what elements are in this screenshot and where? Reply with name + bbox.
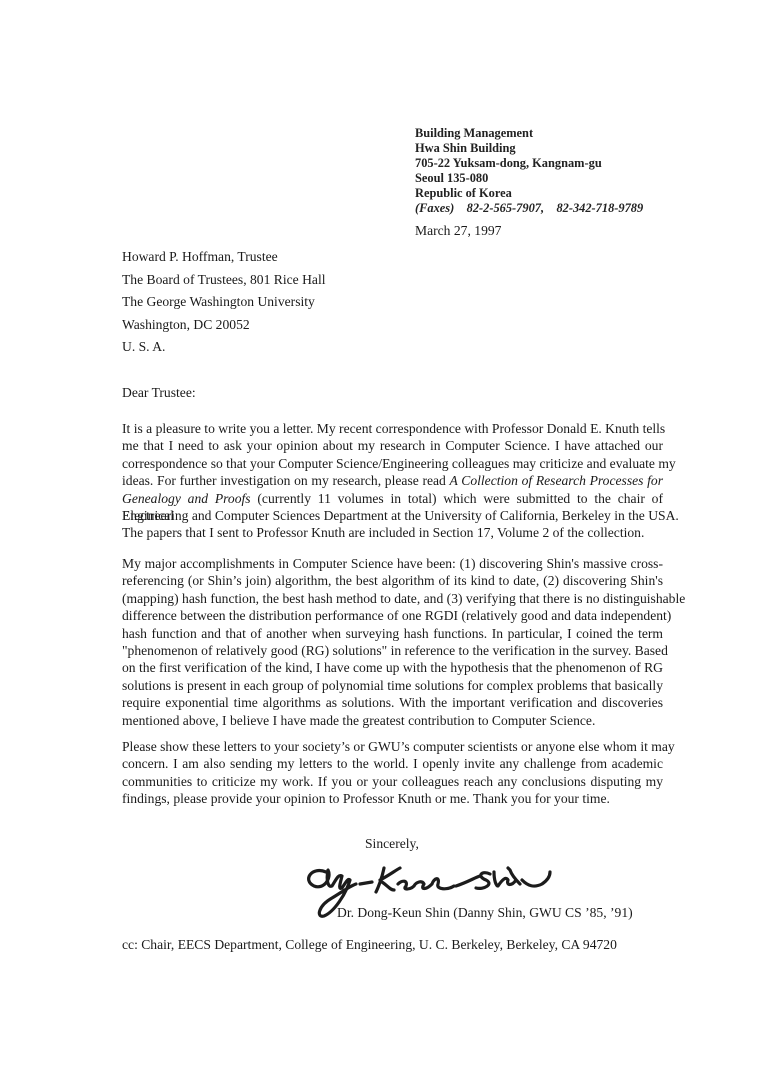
- paragraph-line: solutions is present in each group of po…: [122, 677, 663, 694]
- cc-line: cc: Chair, EECS Department, College of E…: [122, 937, 617, 953]
- paragraph-line: hash function and that of another when s…: [122, 625, 663, 642]
- letter-date: March 27, 1997: [415, 223, 501, 239]
- paragraph-line: Engineering and Computer Sciences Depart…: [122, 507, 663, 524]
- fax-number: 82-342-718-9789: [556, 201, 643, 215]
- recipient-line: The George Washington University: [122, 291, 326, 314]
- paragraph-line: on the first verification of the kind, I…: [122, 659, 663, 676]
- paragraph-line: me that I need to ask your opinion about…: [122, 437, 663, 454]
- letterhead-line: Building Management: [415, 126, 643, 141]
- letterhead-address: Building Management Hwa Shin Building 70…: [415, 126, 643, 216]
- letterhead-line: Republic of Korea: [415, 186, 643, 201]
- paragraph-line: require exponential time algorithms as s…: [122, 694, 663, 711]
- paragraph-line: difference between the distribution perf…: [122, 607, 663, 624]
- paragraph-line: ideas. For further investigation on my r…: [122, 472, 663, 489]
- paragraph-line: "phenomenon of relatively good (RG) solu…: [122, 642, 663, 659]
- recipient-line: Washington, DC 20052: [122, 314, 326, 337]
- letterhead-line: Hwa Shin Building: [415, 141, 643, 156]
- paragraph-line: Please show these letters to your societ…: [122, 738, 663, 755]
- body-paragraph-3: Please show these letters to your societ…: [122, 738, 663, 808]
- paragraph-line: It is a pleasure to write you a letter. …: [122, 420, 663, 437]
- paragraph-line: referencing (or Shin’s join) algorithm, …: [122, 572, 663, 589]
- fax-label: (Faxes): [415, 201, 454, 215]
- paragraph-line: The papers that I sent to Professor Knut…: [122, 524, 663, 541]
- letterhead-line: Seoul 135-080: [415, 171, 643, 186]
- fax-number: 82-2-565-7907,: [467, 201, 544, 215]
- paragraph-line: correspondence so that your Computer Sci…: [122, 455, 663, 472]
- paragraph-line: Genealogy and Proofs (currently 11 volum…: [122, 490, 663, 507]
- paragraph-line: findings, please provide your opinion to…: [122, 790, 663, 807]
- book-title: Genealogy and Proofs: [122, 491, 251, 506]
- signer-name: Dr. Dong-Keun Shin (Danny Shin, GWU CS ’…: [337, 905, 633, 921]
- recipient-line: The Board of Trustees, 801 Rice Hall: [122, 269, 326, 292]
- letterhead-line: 705-22 Yuksam-dong, Kangnam-gu: [415, 156, 643, 171]
- recipient-line: U. S. A.: [122, 336, 326, 359]
- recipient-line: Howard P. Hoffman, Trustee: [122, 246, 326, 269]
- paragraph-line: My major accomplishments in Computer Sci…: [122, 555, 663, 572]
- fax-line: (Faxes) 82-2-565-7907, 82-342-718-9789: [415, 201, 643, 216]
- recipient-address: Howard P. Hoffman, Trustee The Board of …: [122, 246, 326, 359]
- paragraph-line: communities to criticize my work. If you…: [122, 773, 663, 790]
- body-paragraph-2: My major accomplishments in Computer Sci…: [122, 555, 663, 729]
- salutation: Dear Trustee:: [122, 385, 196, 401]
- line-text: ideas. For further investigation on my r…: [122, 473, 450, 488]
- paragraph-line: concern. I am also sending my letters to…: [122, 755, 663, 772]
- paragraph-line: (mapping) hash function, the best hash m…: [122, 590, 663, 607]
- paragraph-line: mentioned above, I believe I have made t…: [122, 712, 663, 729]
- body-paragraph-1: It is a pleasure to write you a letter. …: [122, 420, 663, 542]
- book-title: A Collection of Research Processes for: [450, 473, 663, 488]
